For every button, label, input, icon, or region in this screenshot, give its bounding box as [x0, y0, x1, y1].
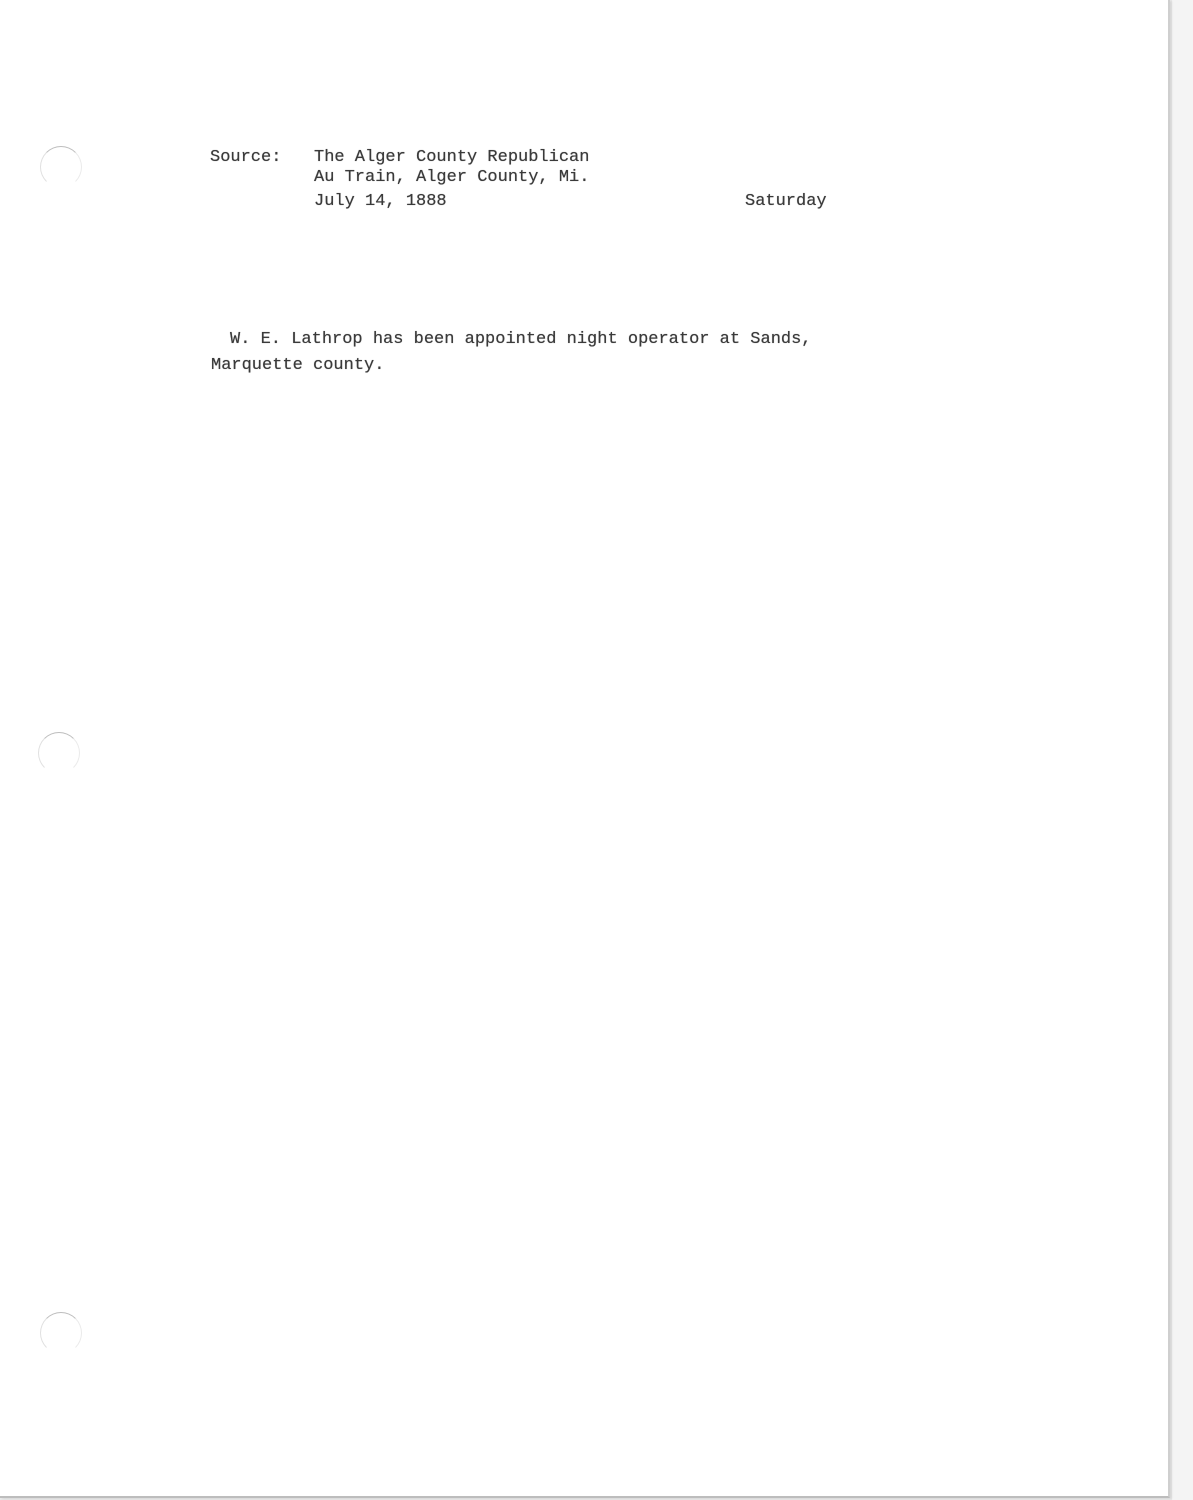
punch-hole-top-icon — [40, 146, 82, 188]
source-publication: The Alger County Republican — [314, 148, 589, 168]
article-text-line-2: Marquette county. — [211, 356, 384, 376]
source-date: July 14, 1888 — [314, 192, 447, 212]
scanner-edge-strip — [1172, 0, 1193, 1500]
punch-hole-middle-icon — [38, 732, 80, 774]
source-label: Source: — [210, 148, 281, 168]
punch-hole-bottom-icon — [40, 1312, 82, 1354]
source-location: Au Train, Alger County, Mi. — [314, 168, 589, 188]
source-weekday: Saturday — [745, 192, 827, 212]
document-page: Source: The Alger County Republican Au T… — [0, 0, 1170, 1498]
article-text-line-1: W. E. Lathrop has been appointed night o… — [230, 330, 812, 350]
